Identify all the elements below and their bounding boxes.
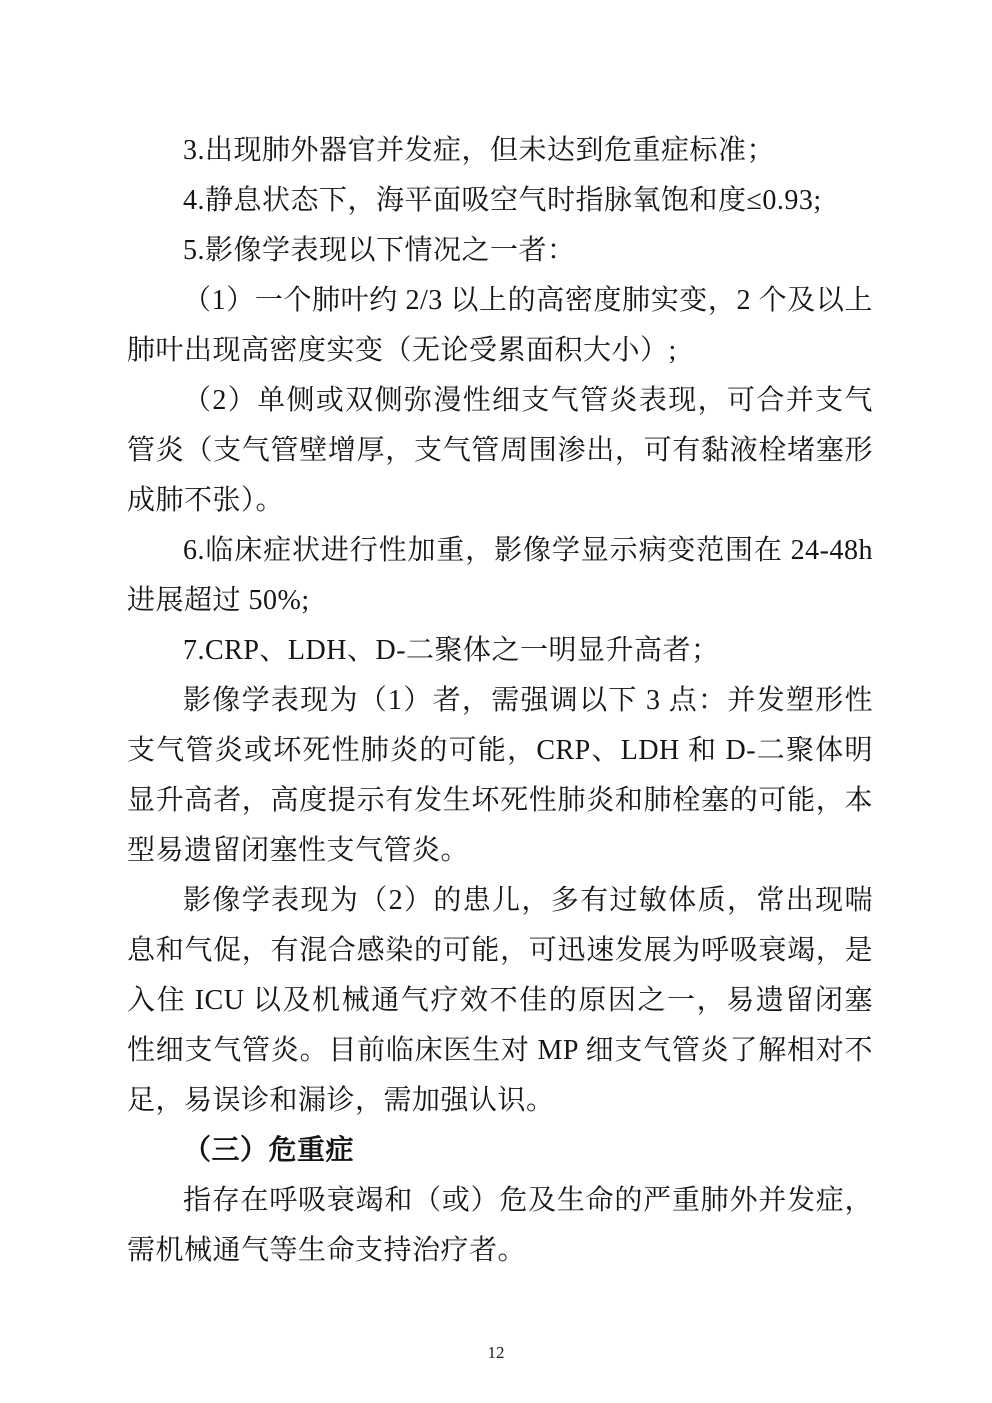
imaging-finding-2: （2）单侧或双侧弥漫性细支气管炎表现，可合并支气管炎（支气管壁增厚，支气管周围渗… [127,376,873,526]
critical-illness-definition: 指存在呼吸衰竭和（或）危及生命的严重肺外并发症，需机械通气等生命支持治疗者。 [127,1176,873,1276]
imaging-note-1: 影像学表现为（1）者，需强调以下 3 点：并发塑形性支气管炎或坏死性肺炎的可能，… [127,676,873,876]
criterion-item-6: 6.临床症状进行性加重，影像学显示病变范围在 24-48h 进展超过 50%; [127,526,873,626]
document-page: 3.出现肺外器官并发症，但未达到危重症标准； 4.静息状态下，海平面吸空气时指脉… [0,0,992,1403]
criterion-item-5: 5.影像学表现以下情况之一者： [127,226,873,276]
section-heading-critical-illness: （三）危重症 [127,1126,873,1176]
criterion-item-3: 3.出现肺外器官并发症，但未达到危重症标准； [127,126,873,176]
document-body: 3.出现肺外器官并发症，但未达到危重症标准； 4.静息状态下，海平面吸空气时指脉… [127,126,873,1276]
imaging-note-2: 影像学表现为（2）的患儿，多有过敏体质，常出现喘息和气促，有混合感染的可能，可迅… [127,876,873,1126]
imaging-finding-1: （1）一个肺叶约 2/3 以上的高密度肺实变，2 个及以上肺叶出现高密度实变（无… [127,276,873,376]
criterion-item-4: 4.静息状态下，海平面吸空气时指脉氧饱和度≤0.93; [127,176,873,226]
criterion-item-7: 7.CRP、LDH、D-二聚体之一明显升高者； [127,626,873,676]
page-number: 12 [0,1343,992,1363]
